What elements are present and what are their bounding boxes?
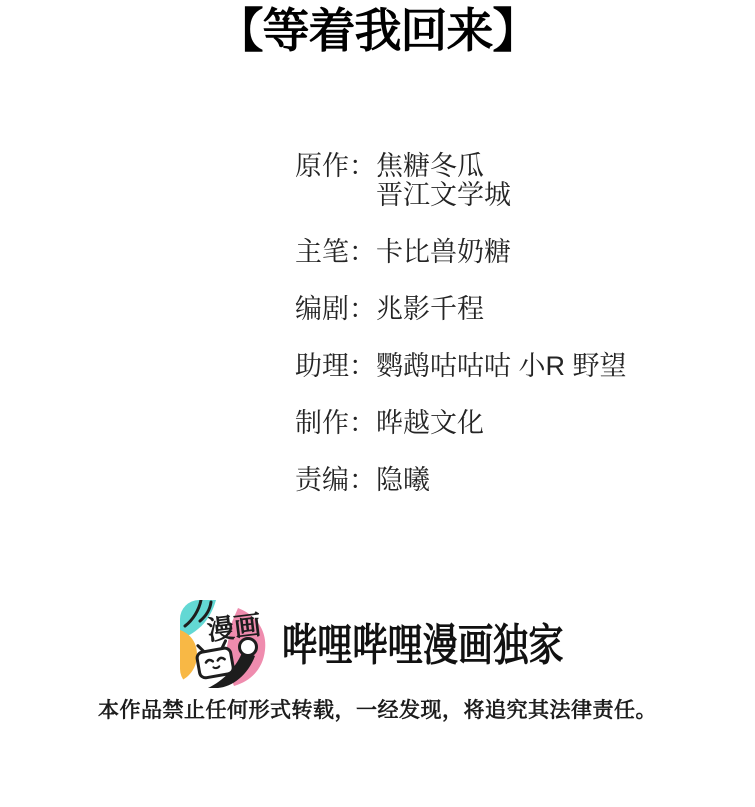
credit-row-main-artist: 主笔： 卡比兽奶糖 bbox=[295, 238, 627, 267]
credit-role-label: 制作： bbox=[295, 409, 376, 438]
copyright-disclaimer: 本作品禁止任何形式转载，一经发现，将追究其法律责任。 bbox=[0, 694, 755, 724]
credit-row-assistants: 助理： 鹦鹉咕咕咕 小R 野望 bbox=[295, 352, 627, 381]
credit-value: 兆影千程 bbox=[376, 295, 484, 324]
credit-row-original-work: 原作： 焦糖冬瓜 晋江文学城 bbox=[295, 152, 627, 210]
credit-value-line: 焦糖冬瓜 bbox=[376, 152, 511, 181]
credit-row-production: 制作： 晔越文化 bbox=[295, 409, 627, 438]
credit-row-screenwriter: 编剧： 兆影千程 bbox=[295, 295, 627, 324]
credit-role-label: 责编： bbox=[295, 466, 376, 495]
bilibili-manga-logo-art: 漫画 bbox=[180, 600, 268, 688]
bilibili-manga-logo: 漫画 bbox=[180, 600, 268, 688]
credit-role-label: 主笔： bbox=[295, 238, 376, 267]
credit-role-label: 助理： bbox=[295, 352, 376, 381]
credit-role-label: 原作： bbox=[295, 152, 376, 210]
tv-body bbox=[196, 647, 234, 679]
comic-credits-page: 【等着我回来】 原作： 焦糖冬瓜 晋江文学城 主笔： 卡比兽奶糖 编剧： 兆影千… bbox=[0, 0, 755, 807]
credit-value-line: 晋江文学城 bbox=[376, 181, 511, 210]
series-title: 【等着我回来】 bbox=[0, 0, 755, 64]
credit-value: 焦糖冬瓜 晋江文学城 bbox=[376, 152, 511, 210]
publisher-exclusive-label: 哔哩哔哩漫画独家 bbox=[282, 617, 564, 675]
credit-value: 晔越文化 bbox=[376, 409, 484, 438]
credit-value: 卡比兽奶糖 bbox=[376, 238, 511, 267]
credit-value: 鹦鹉咕咕咕 小R 野望 bbox=[376, 352, 627, 381]
credits-list: 原作： 焦糖冬瓜 晋江文学城 主笔： 卡比兽奶糖 编剧： 兆影千程 助理： 鹦鹉… bbox=[295, 152, 627, 523]
credit-role-label: 编剧： bbox=[295, 295, 376, 324]
credit-value: 隐曦 bbox=[376, 466, 430, 495]
credit-row-editor: 责编： 隐曦 bbox=[295, 466, 627, 495]
